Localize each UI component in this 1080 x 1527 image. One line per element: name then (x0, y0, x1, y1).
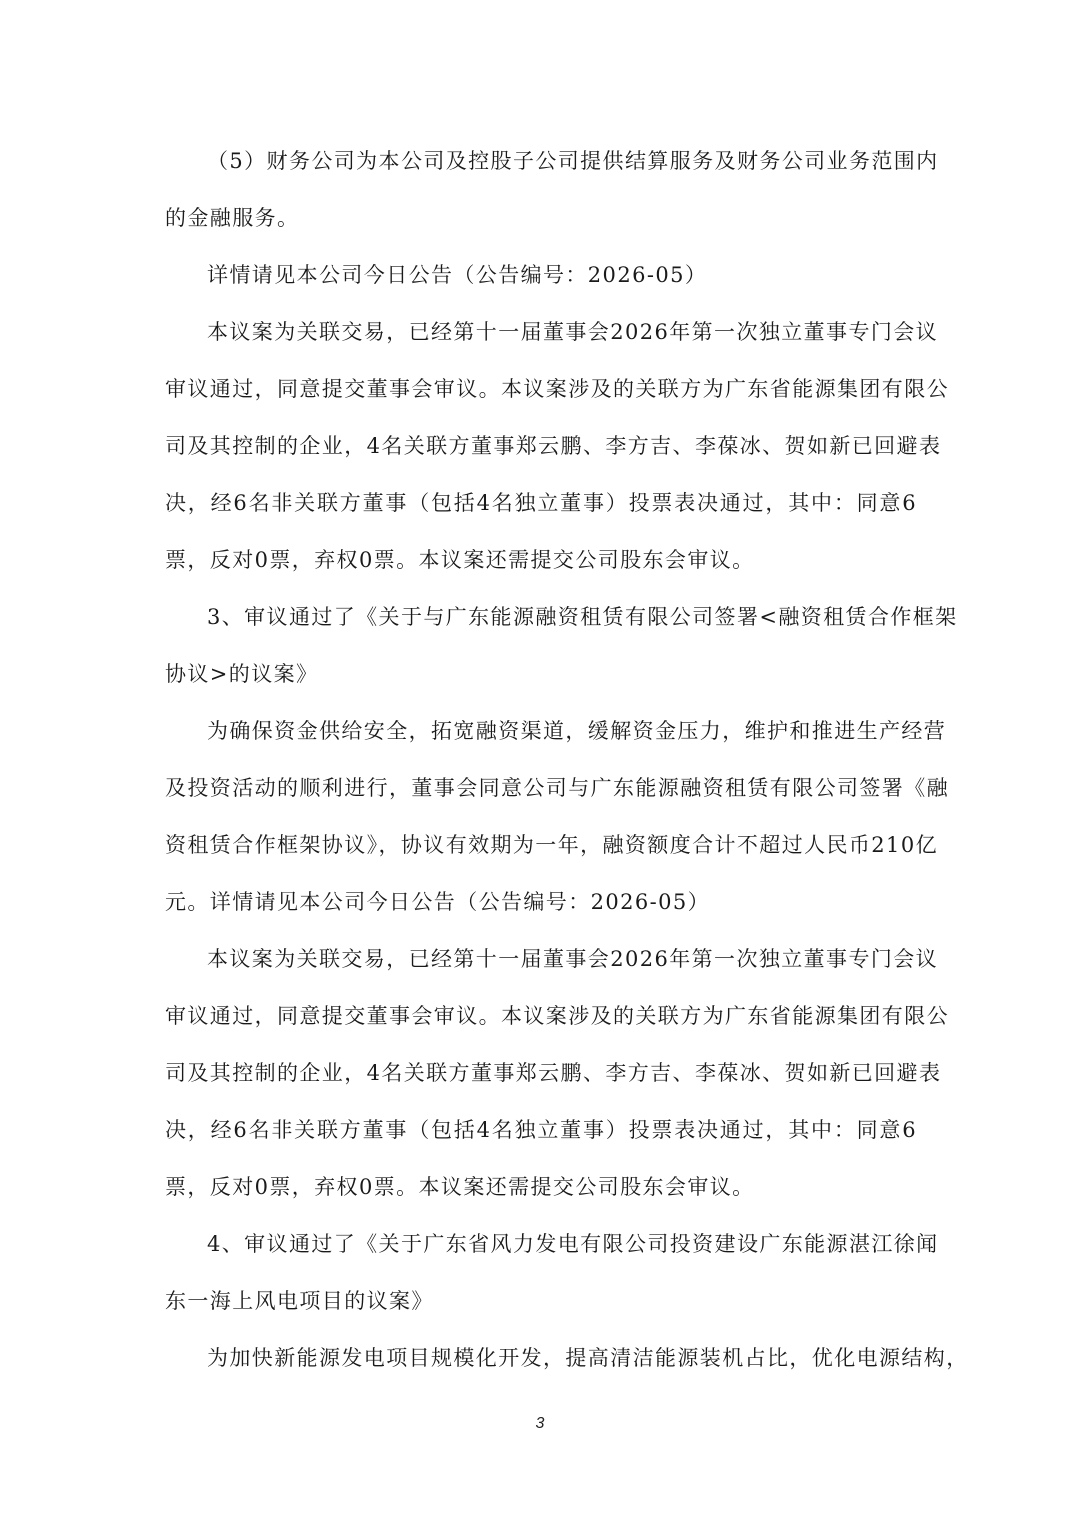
text-line: 详情请见本公司今日公告（公告编号：2026-05） (165, 260, 917, 290)
text-line: 司及其控制的企业，4名关联方董事郑云鹏、李方吉、李葆冰、贺如新已回避表 (165, 1058, 917, 1088)
text-line: 票，反对0票，弃权0票。本议案还需提交公司股东会审议。 (165, 545, 917, 575)
text-line: （5）财务公司为本公司及控股子公司提供结算服务及财务公司业务范围内 (165, 146, 917, 176)
text-line: 决，经6名非关联方董事（包括4名独立董事）投票表决通过，其中：同意6 (165, 488, 917, 518)
text-line: 审议通过，同意提交董事会审议。本议案涉及的关联方为广东省能源集团有限公 (165, 1001, 917, 1031)
text-line: 东一海上风电项目的议案》 (165, 1286, 917, 1316)
text-line: 决，经6名非关联方董事（包括4名独立董事）投票表决通过，其中：同意6 (165, 1115, 917, 1145)
text-line: 资租赁合作框架协议》，协议有效期为一年，融资额度合计不超过人民币210亿 (165, 830, 917, 860)
text-line: 审议通过，同意提交董事会审议。本议案涉及的关联方为广东省能源集团有限公 (165, 374, 917, 404)
text-line: 司及其控制的企业，4名关联方董事郑云鹏、李方吉、李葆冰、贺如新已回避表 (165, 431, 917, 461)
text-line: 3、审议通过了《关于与广东能源融资租赁有限公司签署<融资租赁合作框架 (165, 602, 917, 632)
page-number: 3 (0, 1415, 1080, 1433)
text-line: 及投资活动的顺利进行，董事会同意公司与广东能源融资租赁有限公司签署《融 (165, 773, 917, 803)
text-line: 本议案为关联交易，已经第十一届董事会2026年第一次独立董事专门会议 (165, 317, 917, 347)
text-line: 为确保资金供给安全，拓宽融资渠道，缓解资金压力，维护和推进生产经营 (165, 716, 917, 746)
text-line: 票，反对0票，弃权0票。本议案还需提交公司股东会审议。 (165, 1172, 917, 1202)
text-line: 协议>的议案》 (165, 659, 917, 689)
text-line: 本议案为关联交易，已经第十一届董事会2026年第一次独立董事专门会议 (165, 944, 917, 974)
text-line: 的金融服务。 (165, 203, 917, 233)
text-line: 4、审议通过了《关于广东省风力发电有限公司投资建设广东能源湛江徐闻 (165, 1229, 917, 1259)
text-line: 元。详情请见本公司今日公告（公告编号：2026-05） (165, 887, 917, 917)
text-line: 为加快新能源发电项目规模化开发，提高清洁能源装机占比，优化电源结构， (165, 1343, 917, 1373)
